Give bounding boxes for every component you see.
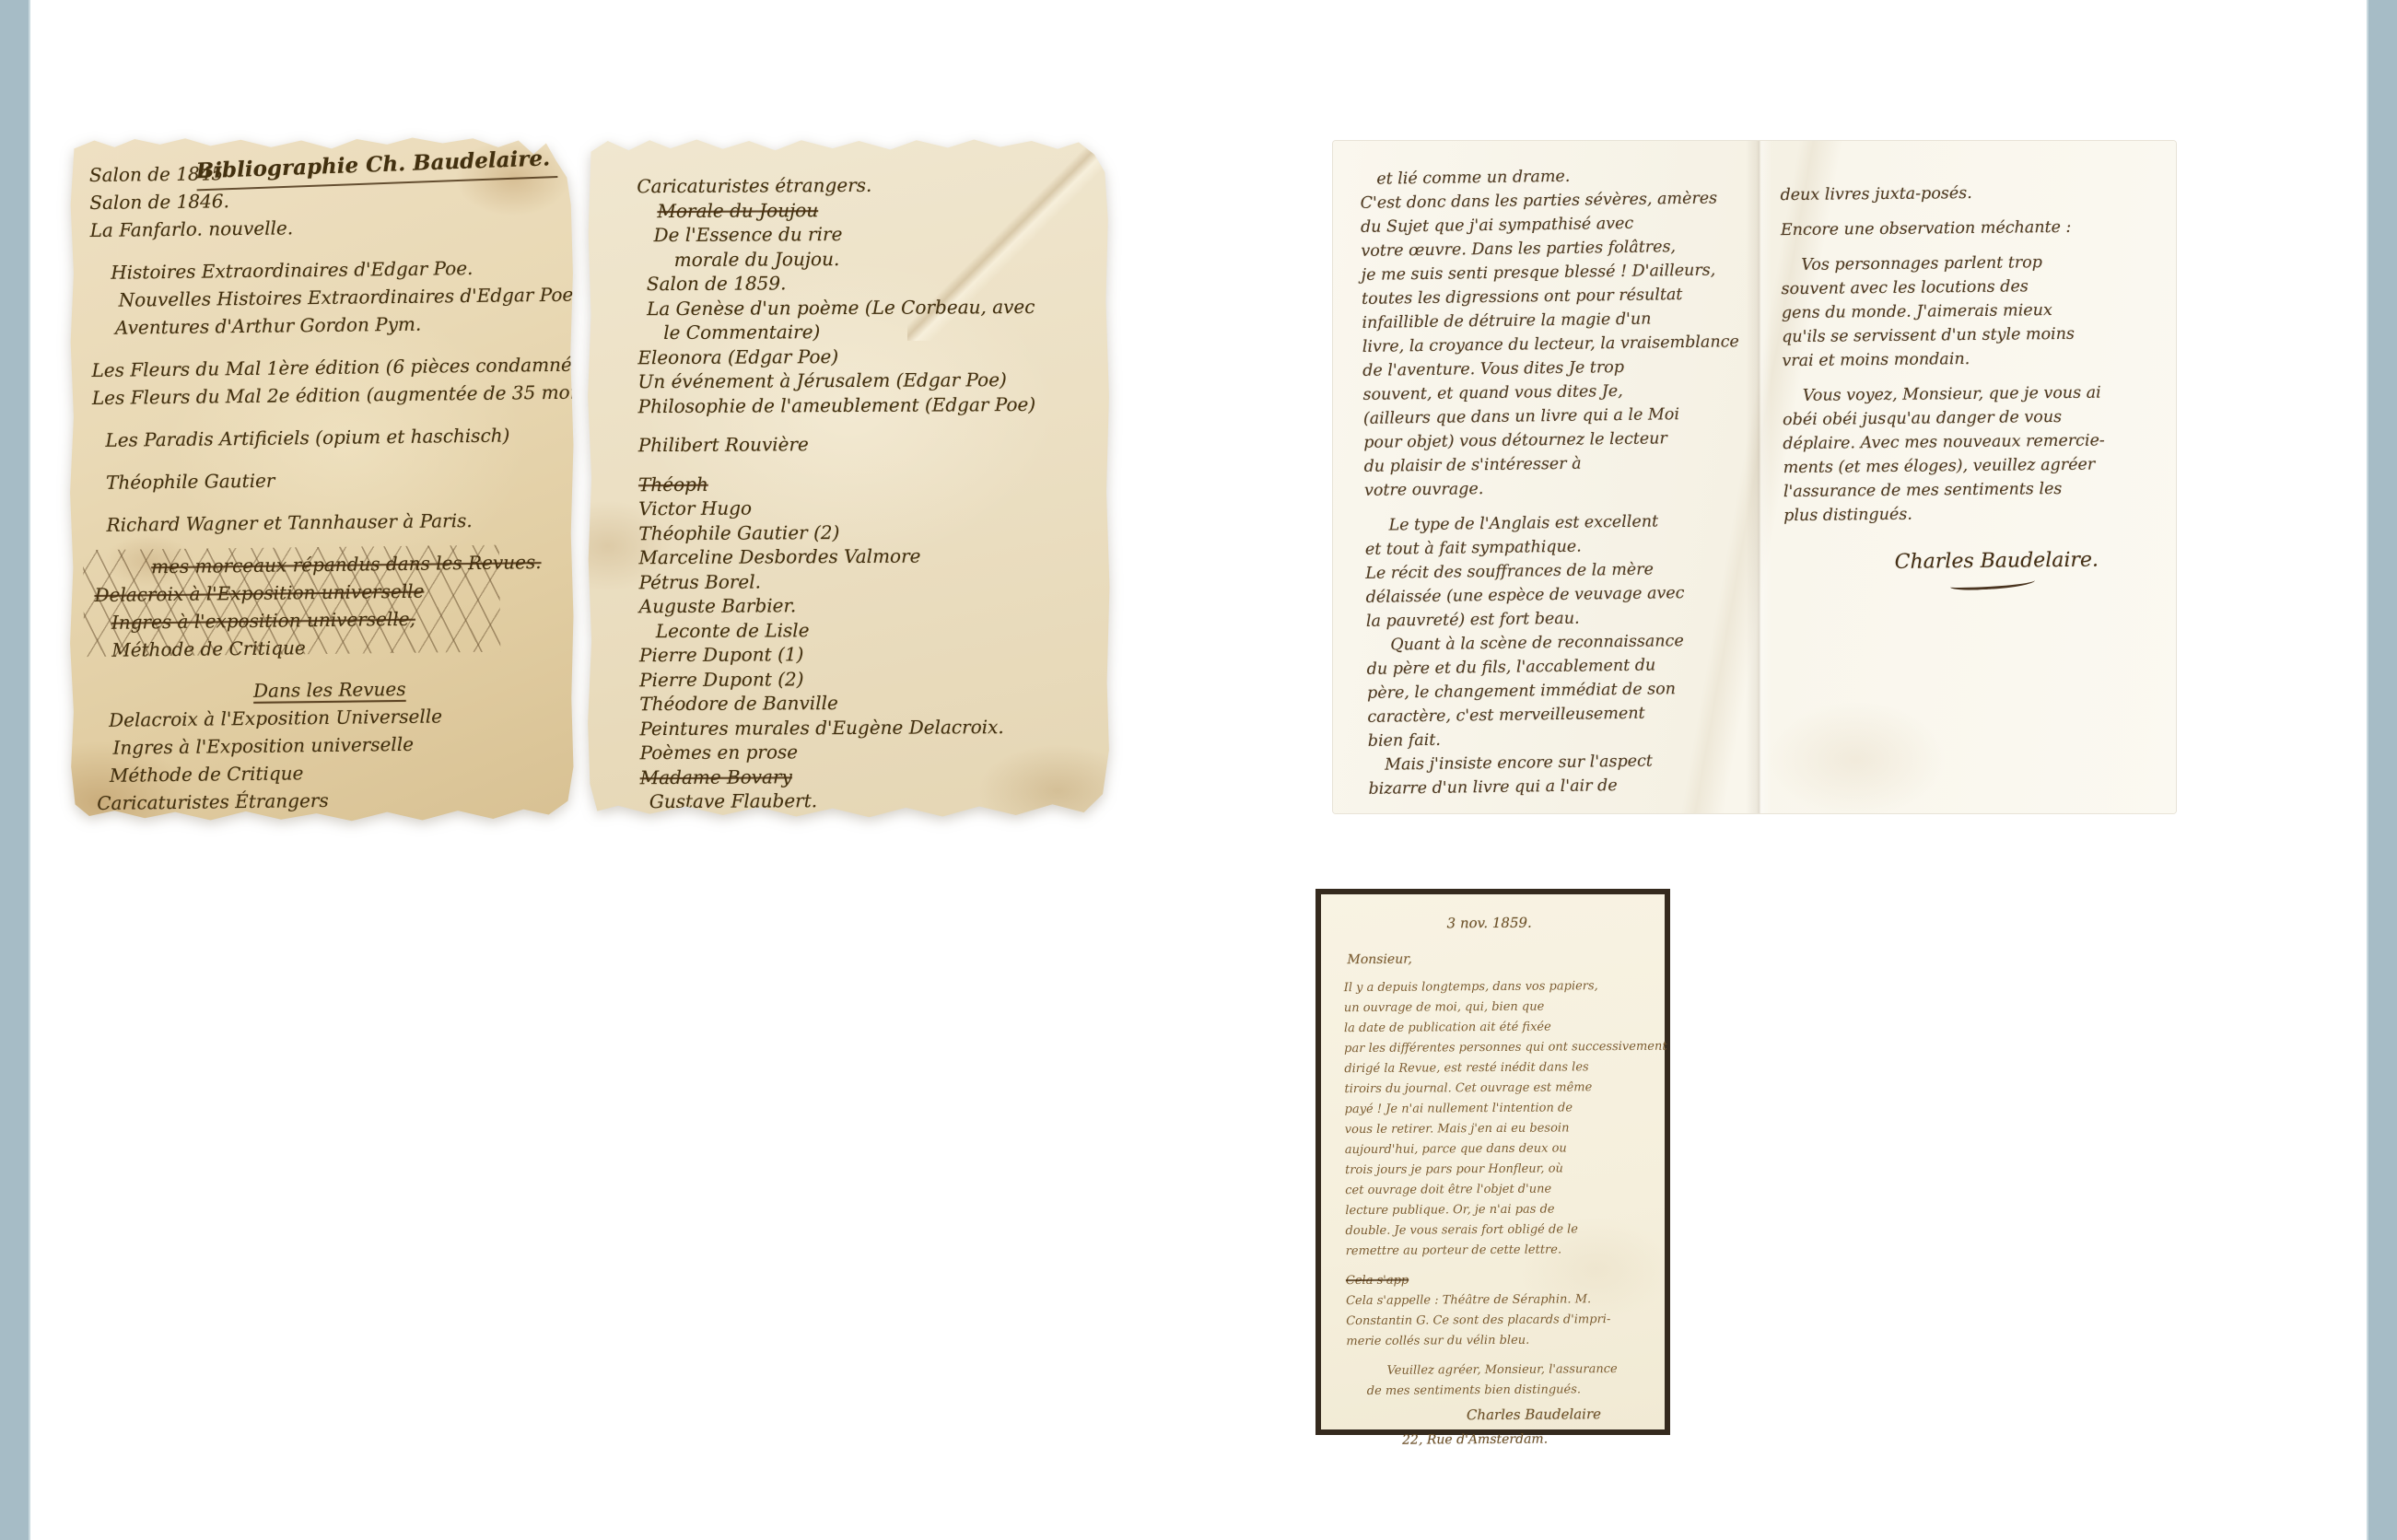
signature: Charles Baudelaire — [1467, 1406, 1666, 1424]
manuscript-line: vous le retirer. Mais j'en ai eu besoin — [1345, 1118, 1665, 1140]
manuscript-line: Théodore de Banville — [639, 690, 1102, 717]
manuscript-line: merie collés sur du vélin bleu. — [1346, 1330, 1666, 1352]
manuscript-line: Les Fleurs du Mal 2e édition (augmentée … — [92, 379, 560, 412]
manuscript-text-block: Salon de 1845Salon de 1846.La Fanfarlo. … — [89, 156, 566, 817]
manuscript-text-block: Caricaturistes étrangers.Morale du Joujo… — [637, 172, 1103, 814]
manuscript-line: payé ! Je n'ai nullement l'intention de — [1345, 1098, 1665, 1120]
manuscript-line: Peintures murales d'Eugène Delacroix. — [639, 714, 1102, 741]
manuscript-line: trois jours je pars pour Honfleur, où — [1345, 1159, 1665, 1181]
manuscript-line: Pierre Dupont (2) — [639, 665, 1102, 692]
manuscript-line: Pierre Dupont (1) — [639, 641, 1102, 668]
manuscript-line: un ouvrage de moi, qui, bien que — [1344, 997, 1664, 1019]
letter-text-block: et lié comme un drame.C'est donc dans le… — [1360, 162, 1782, 801]
right-border-strip — [2367, 0, 2397, 1540]
manuscript-line: Encore une observation méchante : — [1780, 215, 2176, 243]
letter-right-page: deux livres juxta-posés.Encore une obser… — [1760, 139, 2183, 857]
letter-date: 3 nov. 1859. — [1343, 914, 1635, 932]
manuscript-line: le Commentaire) — [637, 319, 1100, 345]
letter-text-block: deux livres juxta-posés.Encore une obser… — [1780, 180, 2180, 528]
manuscript-line: plus distingués. — [1783, 500, 2180, 529]
manuscript-line: la date de publication ait été fixée — [1344, 1017, 1664, 1039]
letter-spread: et lié comme un drame.C'est donc dans le… — [1333, 141, 2176, 813]
manuscript-line: de mes sentiments bien distingués. — [1347, 1380, 1666, 1402]
letter-text-block: Il y a depuis longtemps, dans vos papier… — [1344, 976, 1666, 1352]
manuscript-line: Les Paradis Artificiels (opium et haschi… — [92, 421, 560, 454]
letter-address: 22, Rue d'Amsterdam. — [1402, 1431, 1666, 1448]
manuscript-line: Constantin G. Ce sont des placards d'imp… — [1346, 1310, 1666, 1332]
dated-letter: 3 nov. 1859. Monsieur, Il y a depuis lon… — [1315, 889, 1670, 1435]
manuscript-line: Théophile Gautier (2) — [638, 519, 1101, 545]
letter-closing-block: Veuillez agréer, Monsieur, l'assurancede… — [1347, 1359, 1666, 1402]
manuscript-line: dirigé la Revue, est resté inédit dans l… — [1344, 1057, 1664, 1079]
left-border-strip — [0, 0, 30, 1540]
manuscript-line: Philibert Rouvière — [638, 431, 1101, 458]
manuscript-line: par les différentes personnes qui ont su… — [1344, 1037, 1664, 1059]
aged-paper-page: Bibliographie Ch. Baudelaire. Salon de 1… — [69, 136, 574, 822]
manuscript-line: Leconte de Lisle — [639, 616, 1102, 643]
aged-paper-page: Caricaturistes étrangers.Morale du Joujo… — [587, 138, 1110, 818]
manuscript-line: mes morceaux répandus dans les Revues. — [94, 548, 562, 581]
manuscript-line: double. Je vous serais fort obligé de le — [1345, 1219, 1665, 1242]
manuscript-line: Théophile Gautier — [93, 463, 561, 496]
manuscript-line: lecture publique. Or, je n'ai pas de — [1345, 1199, 1665, 1221]
manuscript-line: Gustave Flaubert. — [640, 787, 1103, 814]
auction-catalog-photo: Bibliographie Ch. Baudelaire. Salon de 1… — [0, 0, 2397, 1540]
manuscript-line: tiroirs du journal. Cet ouvrage est même — [1344, 1078, 1664, 1100]
manuscript-line: Nouvelles Histoires Extraordinaires d'Ed… — [90, 281, 558, 314]
manuscript-line: Veuillez agréer, Monsieur, l'assurance — [1347, 1359, 1666, 1382]
manuscript-line: Méthode de Critique — [95, 631, 563, 664]
manuscript-line: bizarre d'un livre qui a l'air de — [1368, 772, 1782, 801]
manuscript-line: La Genèse d'un poème (Le Corbeau, avec — [637, 294, 1100, 321]
manuscript-line: aujourd'hui, parce que dans deux ou — [1345, 1138, 1665, 1161]
manuscript-line: Il y a depuis longtemps, dans vos papier… — [1344, 976, 1664, 998]
signature: Charles Baudelaire. — [1894, 548, 2180, 574]
manuscript-line: Un événement à Jérusalem (Edgar Poe) — [637, 367, 1100, 394]
manuscript-line: Pétrus Borel. — [639, 567, 1102, 594]
manuscript-line: De l'Essence du rire — [637, 221, 1100, 248]
manuscript-line: Victor Hugo — [638, 495, 1101, 521]
manuscript-line: cet ouvrage doit être l'objet d'une — [1345, 1179, 1665, 1201]
manuscript-line: Morale du Joujou — [637, 196, 1099, 223]
manuscript-line: Eleonora (Edgar Poe) — [637, 343, 1100, 369]
manuscript-line: morale du Joujou. — [637, 245, 1100, 272]
letter-left-page: et lié comme un drame.C'est donc dans le… — [1328, 138, 1783, 841]
manuscript-line: deux livres juxta-posés. — [1780, 180, 2176, 208]
manuscript-line: Théoph — [638, 470, 1101, 496]
manuscript-line: Salon de 1859. — [637, 270, 1100, 297]
letter-salutation: Monsieur, — [1347, 951, 1663, 967]
manuscript-line: Cela s'app — [1346, 1269, 1666, 1291]
manuscript-line: La Fanfarlo. nouvelle. — [90, 211, 558, 244]
manuscript-line: Caricaturistes Étrangers — [97, 784, 565, 817]
manuscript-line: Cela s'appelle : Théâtre de Séraphin. M. — [1346, 1289, 1666, 1312]
manuscript-line: Caricaturistes étrangers. — [637, 172, 1099, 199]
manuscript-line: vrai et moins mondain. — [1782, 345, 2178, 374]
signature-flourish — [1949, 577, 2034, 591]
manuscript-line: Philosophie de l'ameublement (Edgar Poe) — [638, 391, 1101, 418]
manuscript-line: Marceline Desbordes Valmore — [638, 543, 1101, 570]
manuscript-line: Aventures d'Arthur Gordon Pym. — [91, 309, 559, 342]
manuscript-line: Richard Wagner et Tannhauser à Paris. — [93, 506, 561, 539]
manuscript-line: votre ouvrage. — [1364, 473, 1778, 503]
manuscript-line: Madame Bovary — [640, 763, 1103, 789]
manuscript-line: Auguste Barbier. — [639, 592, 1102, 619]
manuscript-line: remettre au porteur de cette lettre. — [1346, 1240, 1666, 1262]
manuscript-line: Poèmes en prose — [639, 739, 1102, 765]
